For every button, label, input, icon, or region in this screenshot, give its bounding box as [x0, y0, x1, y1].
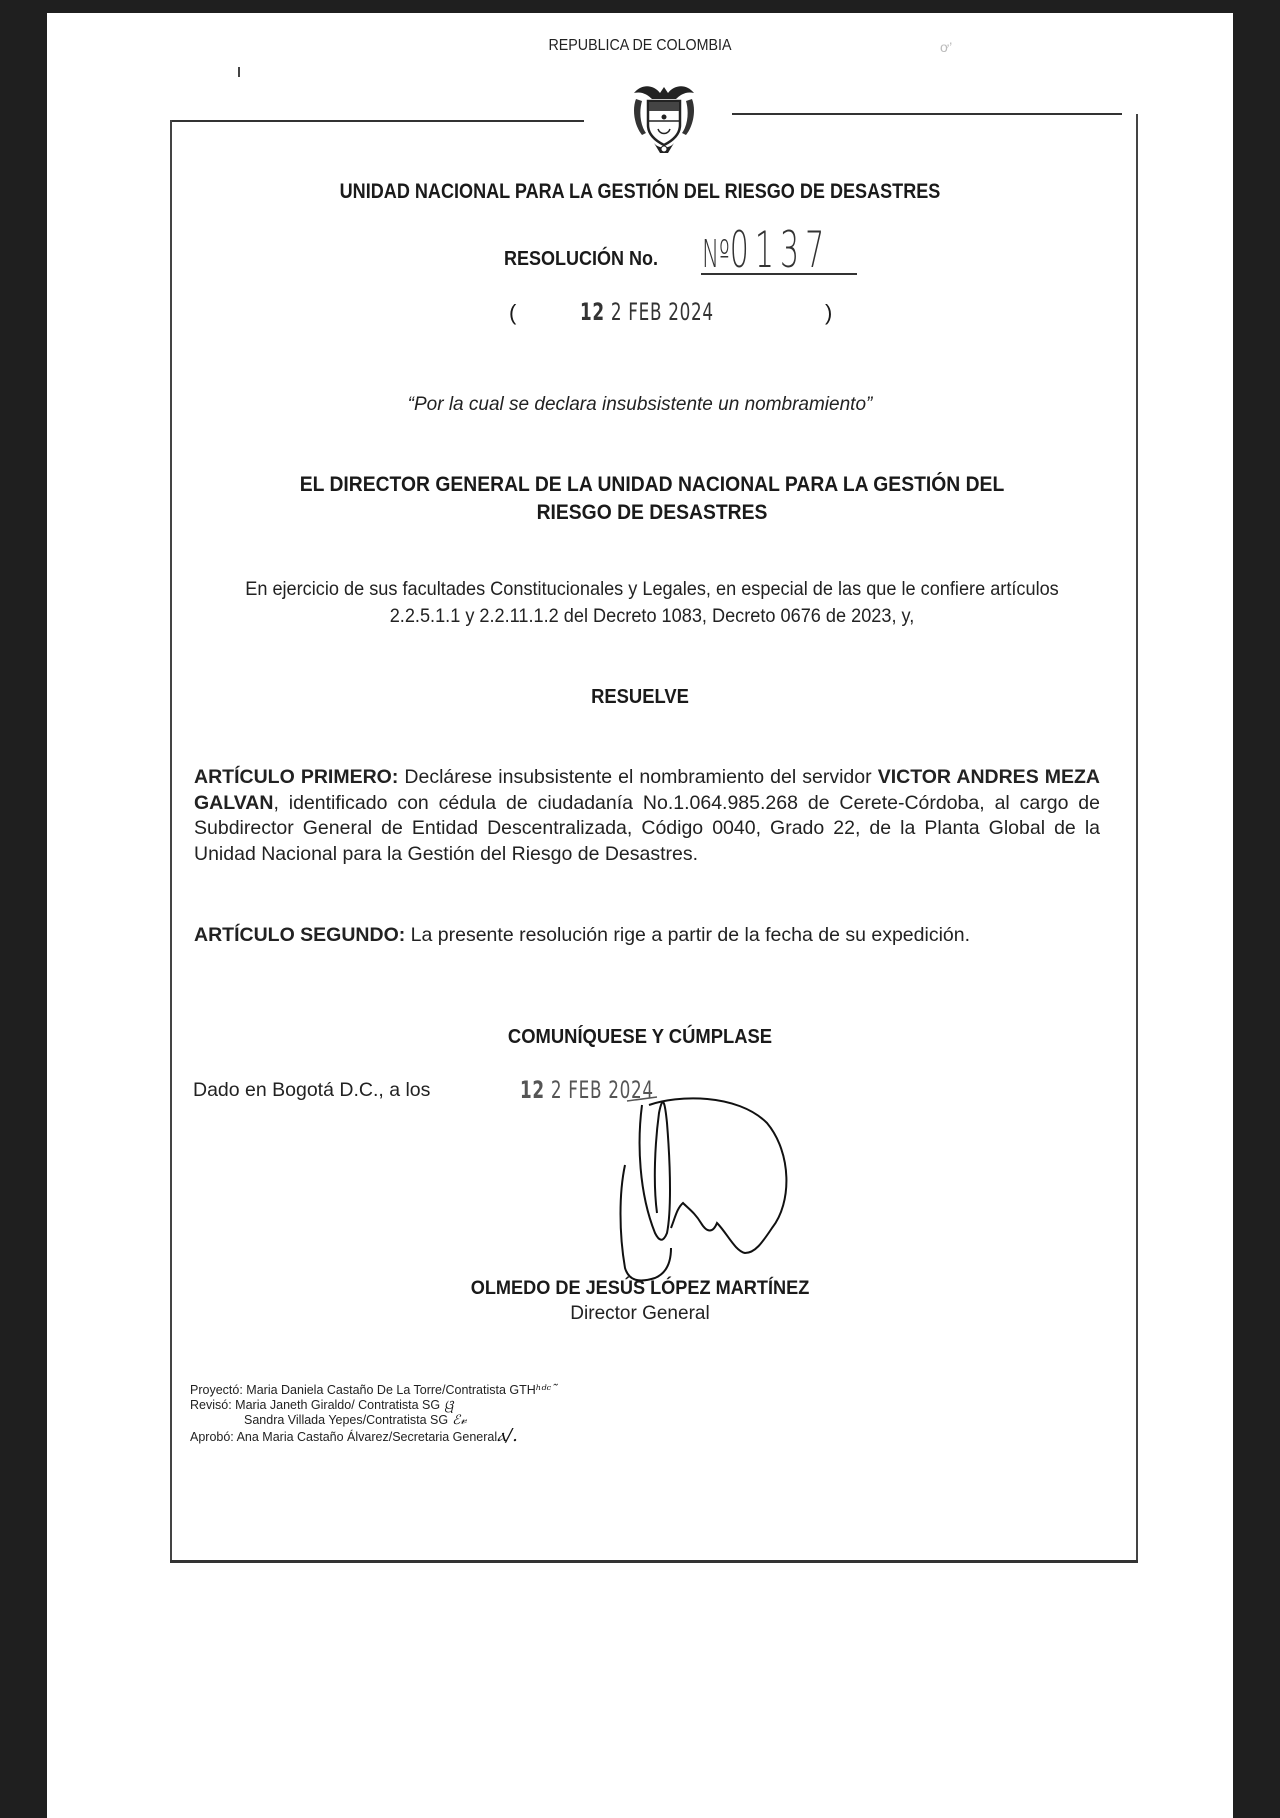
resolution-number: 0137: [730, 221, 830, 279]
footer-row-approved: Aprobó: Ana Maria Castaño Álvarez/Secret…: [190, 1428, 558, 1445]
article-label: ARTÍCULO PRIMERO:: [194, 766, 398, 788]
resolution-label: RESOLUCIÓN No.: [504, 248, 658, 271]
initials-mark: ⲁ/.: [497, 1425, 518, 1446]
initials-mark: ℰ𝓋: [448, 1413, 466, 1428]
handwritten-signature: [567, 1083, 807, 1293]
director-heading: EL DIRECTOR GENERAL DE LA UNIDAD NACIONA…: [270, 471, 1034, 527]
approval-footer: Proyectó: Maria Daniela Castaño De La To…: [190, 1383, 558, 1445]
document-page: ơ’ REPUBLICA DE COLOMBIA UNIDAD NACIONAL…: [47, 13, 1233, 1818]
resolution-number-stamp: Nº0137: [702, 221, 830, 279]
closing-heading: COMUNÍQUESE Y CÚMPLASE: [94, 1026, 1185, 1049]
article-label: ARTÍCULO SEGUNDO:: [194, 924, 405, 946]
frame-border-bottom: [170, 1560, 1138, 1563]
footer-person: Ana Maria Castaño Álvarez/Secretaria Gen…: [237, 1430, 498, 1444]
article-text: , identificado con cédula de ciudadanía …: [194, 792, 1100, 865]
footer-row-reviewed: Revisó: Maria Janeth Giraldo/ Contratist…: [190, 1398, 558, 1413]
scan-artifact: [238, 67, 240, 77]
number-sign: Nº: [702, 232, 730, 276]
date-paren-close: ): [825, 300, 832, 326]
article-text: La presente resolución rige a partir de …: [405, 924, 970, 946]
colombia-coat-of-arms-icon: [628, 79, 700, 155]
frame-border-left: [170, 120, 172, 1562]
footer-role: Revisó:: [190, 1398, 232, 1412]
frame-border-top-left: [170, 120, 584, 122]
footer-role: Proyectó:: [190, 1383, 243, 1397]
agency-heading: UNIDAD NACIONAL PARA LA GESTIÓN DEL RIES…: [130, 180, 1150, 204]
date-day: 12: [520, 1076, 545, 1104]
footer-row-projected: Proyectó: Maria Daniela Castaño De La To…: [190, 1383, 558, 1398]
preamble-paragraph: En ejercicio de sus facultades Constituc…: [220, 576, 1085, 630]
initials-mark: ʰᵈᶜ˜: [536, 1383, 558, 1398]
initials-mark: ୱ: [440, 1398, 454, 1413]
footer-person: Maria Janeth Giraldo/ Contratista SG: [235, 1398, 440, 1412]
article-first: ARTÍCULO PRIMERO: Declárese insubsistent…: [194, 765, 1100, 867]
resolution-date-stamp: 12 2 FEB 2024: [580, 298, 714, 326]
date-rest: 2 FEB 2024: [611, 298, 714, 326]
frame-border-right: [1136, 114, 1138, 1561]
signer-role: Director General: [47, 1303, 1233, 1325]
footer-role: Aprobó:: [190, 1430, 234, 1444]
article-second: ARTÍCULO SEGUNDO: La presente resolución…: [194, 923, 1100, 949]
footer-person: Sandra Villada Yepes/Contratista SG: [244, 1413, 448, 1427]
date-day: 12: [580, 298, 605, 326]
resolution-subject: “Por la cual se declara insubsistente un…: [47, 394, 1233, 416]
given-at-text: Dado en Bogotá D.C., a los: [193, 1079, 430, 1102]
date-paren-open: (: [509, 300, 516, 326]
frame-border-top-right: [732, 113, 1122, 115]
resolution-underline: [701, 273, 857, 275]
footer-person: Maria Daniela Castaño De La Torre/Contra…: [246, 1383, 535, 1397]
resolves-heading: RESUELVE: [94, 686, 1185, 709]
article-text: Declárese insubsistente el nombramiento …: [398, 766, 877, 788]
resolution-number-row: RESOLUCIÓN No. Nº0137: [47, 221, 1233, 275]
signer-name: OLMEDO DE JESÚS LÓPEZ MARTÍNEZ: [89, 1277, 1192, 1300]
resolution-date-row: ( 12 2 FEB 2024 ): [47, 298, 1233, 328]
country-header: REPUBLICA DE COLOMBIA: [94, 37, 1185, 55]
